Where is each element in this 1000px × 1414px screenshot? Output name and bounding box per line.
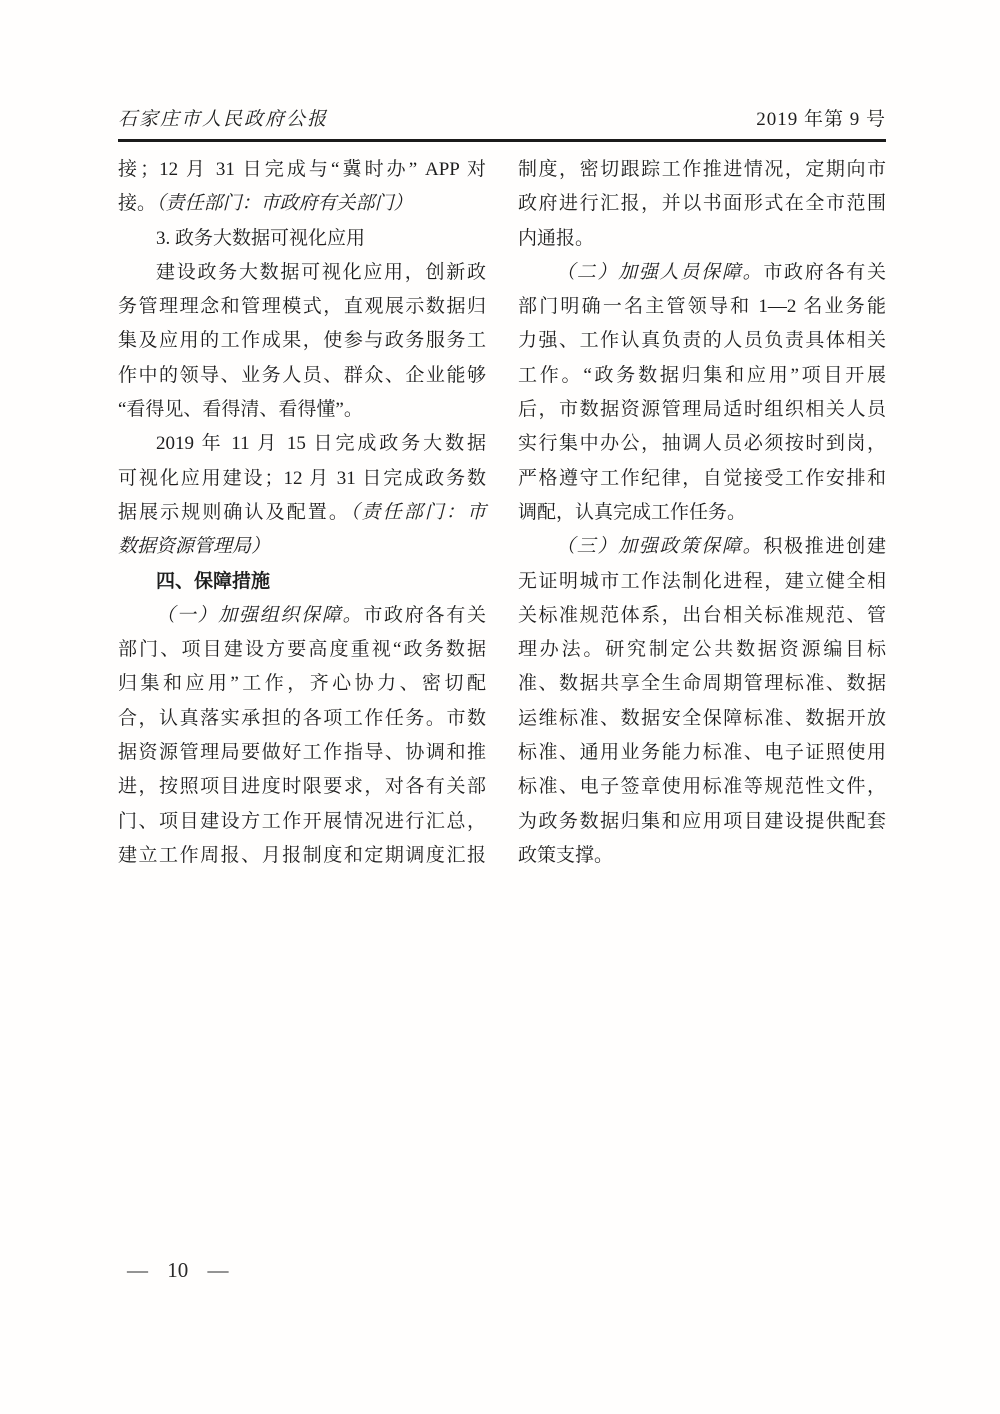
text-line: 可视化应用建设；12 月 31 日完成政务数 <box>118 462 486 496</box>
text-line: 政策支撑。 <box>518 839 886 873</box>
text-line: 后，市数据资源管理局适时组织相关人员 <box>518 393 886 427</box>
text-line: 内通报。 <box>518 222 886 256</box>
text-line: 部门明确一名主管领导和 1—2 名业务能 <box>518 290 886 324</box>
left-text-column: 接；12 月 31 日完成与“冀时办” APP 对接。（责任部门：市政府有关部门… <box>118 153 486 873</box>
text-line: 数据资源管理局） <box>118 530 486 564</box>
header-rule <box>118 139 886 142</box>
body-text: 据展示规则确认及配置。 <box>118 502 350 523</box>
text-line: 运维标准、数据安全保障标准、数据开放 <box>518 702 886 736</box>
text-line: 严格遵守工作纪律，自觉接受工作安排和 <box>518 462 886 496</box>
body-text: “看得见、看得清、看得懂”。 <box>118 399 363 420</box>
text-line: 准、数据共享全生命周期管理标准、数据 <box>518 667 886 701</box>
text-line: 工作。“政务数据归集和应用”项目开展 <box>518 359 886 393</box>
text-line: 标准、通用业务能力标准、电子证照使用 <box>518 736 886 770</box>
kai-emphasis-text: （二）加强人员保障。 <box>556 262 763 283</box>
body-text: 建立工作周报、月报制度和定期调度汇报 <box>118 845 486 866</box>
body-text: 可视化应用建设；12 月 31 日完成政务数 <box>118 468 486 489</box>
page-number: — 10 — <box>127 1256 229 1284</box>
publication-title: 石家庄市人民政府公报 <box>118 108 328 132</box>
body-text: 力强、工作认真负责的人员负责具体相关 <box>518 330 886 351</box>
text-line: 进，按照项目进度时限要求，对各有关部 <box>118 770 486 804</box>
body-text: 理办法。研究制定公共数据资源编目标 <box>518 639 886 660</box>
body-text: 为政务数据归集和应用项目建设提供配套 <box>518 811 886 832</box>
text-line: 合，认真落实承担的各项工作任务。市数 <box>118 702 486 736</box>
body-text: 接；12 月 31 日完成与“冀时办” APP 对 <box>118 159 486 180</box>
text-line: 建设政务大数据可视化应用，创新政 <box>118 256 486 290</box>
text-line: 为政务数据归集和应用项目建设提供配套 <box>518 805 886 839</box>
body-text: 政府进行汇报，并以书面形式在全市范围 <box>518 193 886 214</box>
text-line: （三）加强政策保障。积极推进创建 <box>518 530 886 564</box>
kai-emphasis-text: （责任部门：市 <box>350 502 486 523</box>
text-line: 2019 年 11 月 15 日完成政务大数据 <box>118 427 486 461</box>
text-line: 3. 政务大数据可视化应用 <box>118 222 486 256</box>
body-text: 实行集中办公，抽调人员必须按时到岗， <box>518 433 886 454</box>
text-line: 门、项目建设方工作开展情况进行汇总， <box>118 805 486 839</box>
body-text: 政策支撑。 <box>518 845 613 866</box>
body-text: 据资源管理局要做好工作指导、协调和推 <box>118 742 486 763</box>
text-line: （一）加强组织保障。市政府各有关 <box>118 599 486 633</box>
text-line: 政府进行汇报，并以书面形式在全市范围 <box>518 187 886 221</box>
body-text: 关标准规范体系，出台相关标准规范、管 <box>518 605 886 626</box>
body-text: 积极推进创建 <box>763 536 886 557</box>
text-line: 力强、工作认真负责的人员负责具体相关 <box>518 324 886 358</box>
text-line: 调配，认真完成工作任务。 <box>518 496 886 530</box>
body-text: 制度，密切跟踪工作推进情况，定期向市 <box>518 159 886 180</box>
body-text: 接。 <box>118 193 156 214</box>
text-line: 集及应用的工作成果，使参与政务服务工 <box>118 324 486 358</box>
kai-emphasis-text: （三）加强政策保障。 <box>556 536 763 557</box>
text-line: “看得见、看得清、看得懂”。 <box>118 393 486 427</box>
body-text: 2019 年 11 月 15 日完成政务大数据 <box>156 433 486 454</box>
body-text: 无证明城市工作法制化进程，建立健全相 <box>518 571 886 592</box>
body-text: 市政府各有关 <box>363 605 486 626</box>
text-line: 归集和应用”工作，齐心协力、密切配 <box>118 667 486 701</box>
body-text: 归集和应用”工作，齐心协力、密切配 <box>118 673 486 694</box>
page-header: 石家庄市人民政府公报 2019 年第 9 号 <box>118 108 886 132</box>
issue-number: 2019 年第 9 号 <box>756 108 886 132</box>
text-line: 接；12 月 31 日完成与“冀时办” APP 对 <box>118 153 486 187</box>
text-line: 关标准规范体系，出台相关标准规范、管 <box>518 599 886 633</box>
body-text: 后，市数据资源管理局适时组织相关人员 <box>518 399 886 420</box>
body-text: 严格遵守工作纪律，自觉接受工作安排和 <box>518 468 886 489</box>
text-line: 理办法。研究制定公共数据资源编目标 <box>518 633 886 667</box>
text-line: 实行集中办公，抽调人员必须按时到岗， <box>518 427 886 461</box>
section-heading-text: 四、保障措施 <box>156 571 270 592</box>
body-text: 建设政务大数据可视化应用，创新政 <box>156 262 486 283</box>
text-line: 部门、项目建设方要高度重视“政务数据 <box>118 633 486 667</box>
kai-emphasis-text: 数据资源管理局） <box>118 536 270 557</box>
text-line: 标准、电子签章使用标准等规范性文件， <box>518 770 886 804</box>
text-line: 据资源管理局要做好工作指导、协调和推 <box>118 736 486 770</box>
body-text: 标准、通用业务能力标准、电子证照使用 <box>518 742 886 763</box>
text-line: 建立工作周报、月报制度和定期调度汇报 <box>118 839 486 873</box>
text-line: 务管理理念和管理模式，直观展示数据归 <box>118 290 486 324</box>
kai-emphasis-text: （责任部门：市政府有关部门） <box>156 193 413 214</box>
text-line: 无证明城市工作法制化进程，建立健全相 <box>518 565 886 599</box>
body-text: 准、数据共享全生命周期管理标准、数据 <box>518 673 886 694</box>
right-text-column: 制度，密切跟踪工作推进情况，定期向市政府进行汇报，并以书面形式在全市范围内通报。… <box>518 153 886 873</box>
body-text: 3. 政务大数据可视化应用 <box>156 228 365 249</box>
body-text: 进，按照项目进度时限要求，对各有关部 <box>118 776 486 797</box>
text-line: 制度，密切跟踪工作推进情况，定期向市 <box>518 153 886 187</box>
body-text: 部门、项目建设方要高度重视“政务数据 <box>118 639 486 660</box>
kai-emphasis-text: （一）加强组织保障。 <box>156 605 363 626</box>
gazette-page: 石家庄市人民政府公报 2019 年第 9 号 接；12 月 31 日完成与“冀时… <box>0 0 1000 1414</box>
text-line: 接。（责任部门：市政府有关部门） <box>118 187 486 221</box>
body-text: 调配，认真完成工作任务。 <box>518 502 746 523</box>
body-text: 集及应用的工作成果，使参与政务服务工 <box>118 330 486 351</box>
text-line: 四、保障措施 <box>118 565 486 599</box>
body-text: 门、项目建设方工作开展情况进行汇总， <box>118 811 486 832</box>
body-text: 合，认真落实承担的各项工作任务。市数 <box>118 708 486 729</box>
body-text: 市政府各有关 <box>763 262 886 283</box>
body-text: 工作。“政务数据归集和应用”项目开展 <box>518 365 886 386</box>
body-text: 部门明确一名主管领导和 1—2 名业务能 <box>518 296 886 317</box>
text-line: 作中的领导、业务人员、群众、企业能够 <box>118 359 486 393</box>
body-text: 运维标准、数据安全保障标准、数据开放 <box>518 708 886 729</box>
body-text: 标准、电子签章使用标准等规范性文件， <box>518 776 886 797</box>
body-text: 作中的领导、业务人员、群众、企业能够 <box>118 365 486 386</box>
body-text: 务管理理念和管理模式，直观展示数据归 <box>118 296 486 317</box>
text-line: 据展示规则确认及配置。（责任部门：市 <box>118 496 486 530</box>
body-text: 内通报。 <box>518 228 594 249</box>
text-line: （二）加强人员保障。市政府各有关 <box>518 256 886 290</box>
